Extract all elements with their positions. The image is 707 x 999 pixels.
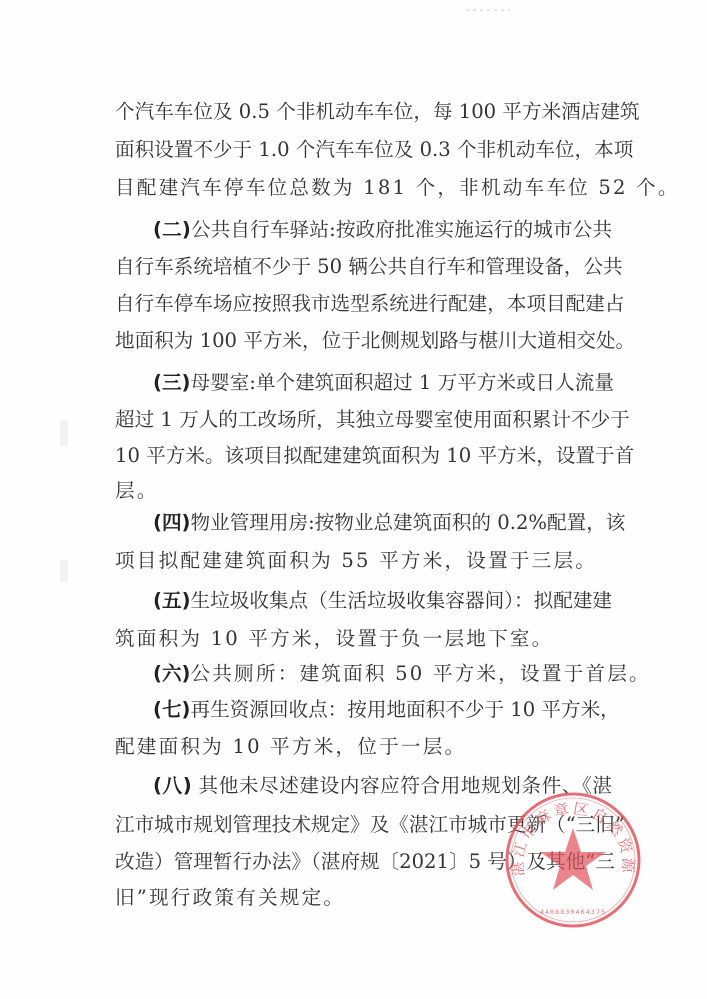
body-line: 面积设置不少于 1.0 个汽车车位及 0.3 个非机动车位，本项 — [115, 135, 612, 165]
scan-artifact-margin — [60, 560, 68, 582]
document-page: 个汽车车位及 0.5 个非机动车车位，每 100 平方米酒店建筑 面积设置不少于… — [0, 0, 707, 999]
section-lead: 生垃圾收集点（生活垃圾收集容器间）：拟配建建 — [191, 589, 612, 612]
body-line: 层。 — [115, 476, 612, 506]
section-7-heading-line: (七)再生资源回收点：按用地面积不少于 10 平方米， — [153, 695, 612, 725]
section-lead: 公共厕所：建筑面积 50 平方米，设置于首层。 — [191, 662, 651, 685]
section-number: (六) — [153, 662, 191, 685]
section-2-heading-line: (二)公共自行车驿站:按政府批准实施运行的城市公共 — [153, 215, 612, 245]
section-5-heading-line: (五)生垃圾收集点（生活垃圾收集容器间）：拟配建建 — [153, 586, 612, 616]
section-lead: 物业管理用房:按物业总建筑面积的 0.2%配置，该 — [191, 511, 626, 534]
section-6-heading-line: (六)公共厕所：建筑面积 50 平方米，设置于首层。 — [153, 659, 612, 689]
body-line: 项目拟配建建筑面积为 55 平方米，设置于三层。 — [115, 546, 612, 576]
body-line: 筑面积为 10 平方米，设置于负一层地下室。 — [115, 624, 612, 654]
body-line: 自行车系统培植不少于 50 辆公共自行车和管理设备，公共 — [115, 252, 612, 282]
scan-artifact-margin — [60, 420, 68, 446]
body-line: 目配建汽车停车位总数为 181 个，非机动车车位 52 个。 — [115, 173, 612, 203]
section-8-heading-line: (八) 其他未尽述建设内容应符合用地规划条件、《湛 — [153, 771, 612, 801]
section-number: (二) — [153, 218, 191, 241]
section-number: (三) — [153, 371, 191, 394]
body-line: 江市城市规划管理技术规定》及《湛江市城市更新（“三旧” — [115, 810, 612, 840]
body-line: 个汽车车位及 0.5 个非机动车车位，每 100 平方米酒店建筑 — [115, 97, 612, 127]
body-line: 超过 1 万人的工改场所，其独立母婴室使用面积累计不少于 — [115, 405, 612, 435]
section-number: (四) — [153, 511, 191, 534]
section-number: (七) — [153, 698, 191, 721]
section-4-heading-line: (四)物业管理用房:按物业总建筑面积的 0.2%配置，该 — [153, 508, 612, 538]
section-3-heading-line: (三)母婴室:单个建筑面积超过 1 万平方米或日人流量 — [153, 368, 612, 398]
section-lead: 公共自行车驿站:按政府批准实施运行的城市公共 — [191, 218, 612, 241]
body-line: 自行车停车场应按照我市选型系统进行配建，本项目配建占 — [115, 289, 612, 319]
section-number: (八) — [153, 774, 192, 797]
body-line: 10 平方米。该项目拟配建建筑面积为 10 平方米，设置于首 — [115, 441, 612, 471]
body-line: 旧”现行政策有关规定。 — [115, 883, 612, 913]
section-number: (五) — [153, 589, 191, 612]
section-lead: 母婴室:单个建筑面积超过 1 万平方米或日人流量 — [191, 371, 614, 394]
body-line: 配建面积为 10 平方米，位于一层。 — [115, 732, 612, 762]
section-lead: 再生资源回收点：按用地面积不少于 10 平方米， — [191, 698, 620, 721]
scan-artifact-header — [466, 9, 510, 11]
body-line: 地面积为 100 平方米，位于北侧规划路与椹川大道相交处。 — [115, 326, 612, 356]
body-line: 改造）管理暂行办法》（湛府规〔2021〕5 号）及其他“三 — [115, 847, 612, 877]
section-lead: 其他未尽述建设内容应符合用地规划条件、《湛 — [192, 774, 612, 797]
